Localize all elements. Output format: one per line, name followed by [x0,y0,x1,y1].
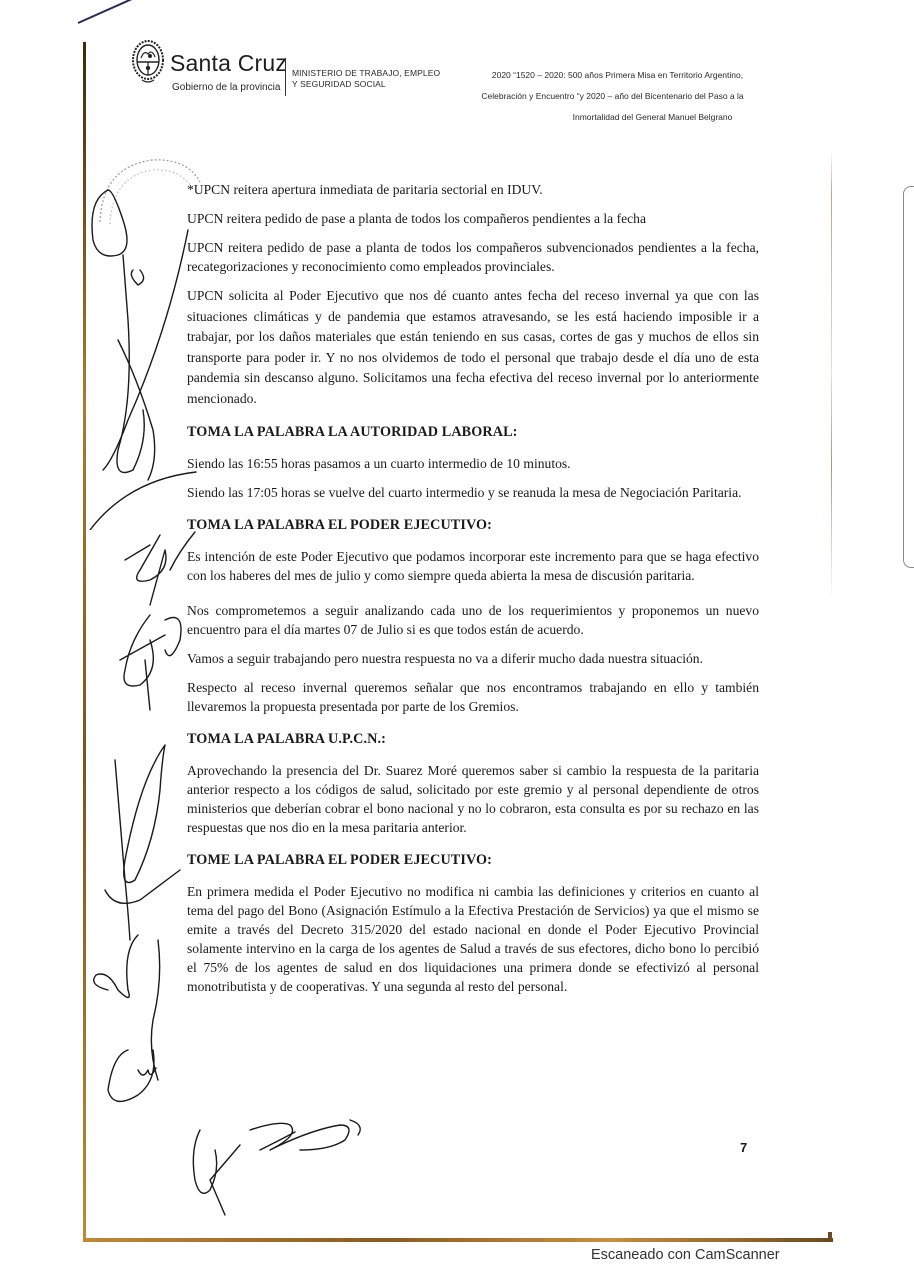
header-divider [285,58,286,96]
section-heading-upcn: TOMA LA PALABRA U.P.C.N.: [187,730,759,749]
ministry-line-2: Y SEGURIDAD SOCIAL [292,79,440,90]
page-left-edge [83,42,86,1240]
paragraph: UPCN solicita al Poder Ejecutivo que nos… [187,286,759,409]
paragraph: Nos comprometemos a seguir analizando ca… [187,601,759,639]
page-number: 7 [740,1140,747,1155]
paragraph: Es intención de este Poder Ejecutivo que… [187,547,759,585]
section-heading-poder-ejecutivo-2: TOME LA PALABRA EL PODER EJECUTIVO: [187,851,759,870]
paragraph: UPCN reitera pedido de pase a planta de … [187,238,759,276]
year-motto: 2020 “1520 – 2020: 500 años Primera Misa… [475,65,760,128]
page-right-edge [831,150,832,600]
motto-line-2: Celebración y Encuentro “y 2020 – año de… [465,86,760,107]
paragraph: Vamos a seguir trabajando pero nuestra r… [187,649,759,668]
document-body: *UPCN reitera apertura inmediata de pari… [187,180,759,1006]
paragraph: *UPCN reitera apertura inmediata de pari… [187,180,759,199]
paragraph: Siendo las 16:55 horas pasamos a un cuar… [187,454,759,473]
page-bottom-tab [828,1232,832,1242]
section-heading-poder-ejecutivo: TOMA LA PALABRA EL PODER EJECUTIVO: [187,516,759,535]
page-bottom-edge [83,1238,833,1242]
paragraph: Respecto al receso invernal queremos señ… [187,678,759,716]
brand-subtitle: Gobierno de la provincia [172,82,280,93]
camscanner-watermark: Escaneado con CamScanner [591,1247,780,1263]
brand-name: Santa Cruz [170,50,287,77]
scroll-handle[interactable] [903,186,914,568]
ministry-line-1: MINISTERIO DE TRABAJO, EMPLEO [292,68,440,79]
province-crest-icon [130,38,166,88]
paragraph: UPCN reitera pedido de pase a planta de … [187,209,759,228]
motto-line-1: 2020 “1520 – 2020: 500 años Primera Misa… [475,65,760,86]
paragraph: Siendo las 17:05 horas se vuelve del cua… [187,483,759,502]
letterhead: Santa Cruz Gobierno de la provincia MINI… [130,38,780,128]
official-stamp-icon [92,152,202,242]
paragraph: En primera medida el Poder Ejecutivo no … [187,882,759,996]
motto-line-3: Inmortalidad del General Manuel Belgrano [545,107,760,128]
paragraph: Aprovechando la presencia del Dr. Suarez… [187,761,759,837]
ministry-name: MINISTERIO DE TRABAJO, EMPLEO Y SEGURIDA… [292,68,440,90]
section-heading-autoridad-laboral: TOMA LA PALABRA LA AUTORIDAD LABORAL: [187,423,759,442]
